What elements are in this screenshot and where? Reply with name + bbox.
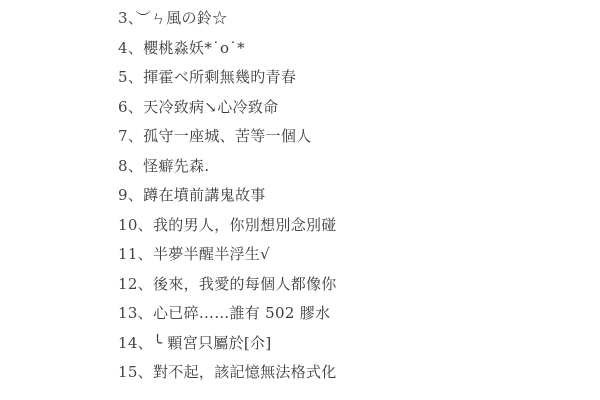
item-number: 11、 [118,245,153,263]
list-item: 7、孤守一座城、苦等一個人 [118,124,337,154]
item-number: 5、 [118,68,143,86]
list-item: 6、天冷致病↘心冷致命 [118,95,337,125]
item-number: 10、 [118,216,153,234]
item-text: 對不起，該記憶無法格式化 [153,363,337,381]
item-text: 蹲在墳前講鬼故事 [143,186,265,204]
item-number: 9、 [118,186,143,204]
list-item: 10、我的男人，你別想別念別碰 [118,213,337,243]
item-number: 8、 [118,157,143,175]
list-item: 5、揮霍ベ所剩無幾旳青春 [118,65,337,95]
list-item: 15、對不起，該記憶無法格式化 [118,360,337,390]
item-text: 揮霍ベ所剩無幾旳青春 [143,68,296,86]
item-number: 4、 [118,39,143,57]
item-text: ╰ 顆宮只屬於[尒] [153,334,272,352]
list-item: 13、心已碎……誰有 502 膠水 [118,301,337,331]
item-number: 15、 [118,363,153,381]
item-number: 14、 [118,334,153,352]
name-list: 3、︶ㄣ風の鈴☆ 4、櫻桃淼妖*˙o˙* 5、揮霍ベ所剩無幾旳青春 6、天冷致病… [118,6,337,390]
item-number: 3、 [118,9,136,27]
item-text: ︶ㄣ風の鈴☆ [136,9,228,27]
item-text: 半夢半醒半浮生√ [153,245,270,263]
list-item: 3、︶ㄣ風の鈴☆ [118,6,337,36]
list-item: 4、櫻桃淼妖*˙o˙* [118,36,337,66]
item-number: 13、 [118,304,153,322]
list-item: 14、╰ 顆宮只屬於[尒] [118,331,337,361]
document-page: 3、︶ㄣ風の鈴☆ 4、櫻桃淼妖*˙o˙* 5、揮霍ベ所剩無幾旳青春 6、天冷致病… [0,0,600,400]
item-number: 7、 [118,127,143,145]
item-text: 天冷致病↘心冷致命 [143,98,278,116]
item-text: 心已碎……誰有 502 膠水 [153,304,330,322]
list-item: 9、蹲在墳前講鬼故事 [118,183,337,213]
list-item: 8、怪癖先森. [118,154,337,184]
item-text: 後來，我愛的每個人都像你 [153,275,337,293]
list-item: 11、半夢半醒半浮生√ [118,242,337,272]
item-text: 櫻桃淼妖*˙o˙* [143,39,245,57]
item-text: 我的男人，你別想別念別碰 [153,216,337,234]
item-text: 孤守一座城、苦等一個人 [143,127,311,145]
item-number: 12、 [118,275,153,293]
item-number: 6、 [118,98,143,116]
list-item: 12、後來，我愛的每個人都像你 [118,272,337,302]
item-text: 怪癖先森. [143,157,209,175]
